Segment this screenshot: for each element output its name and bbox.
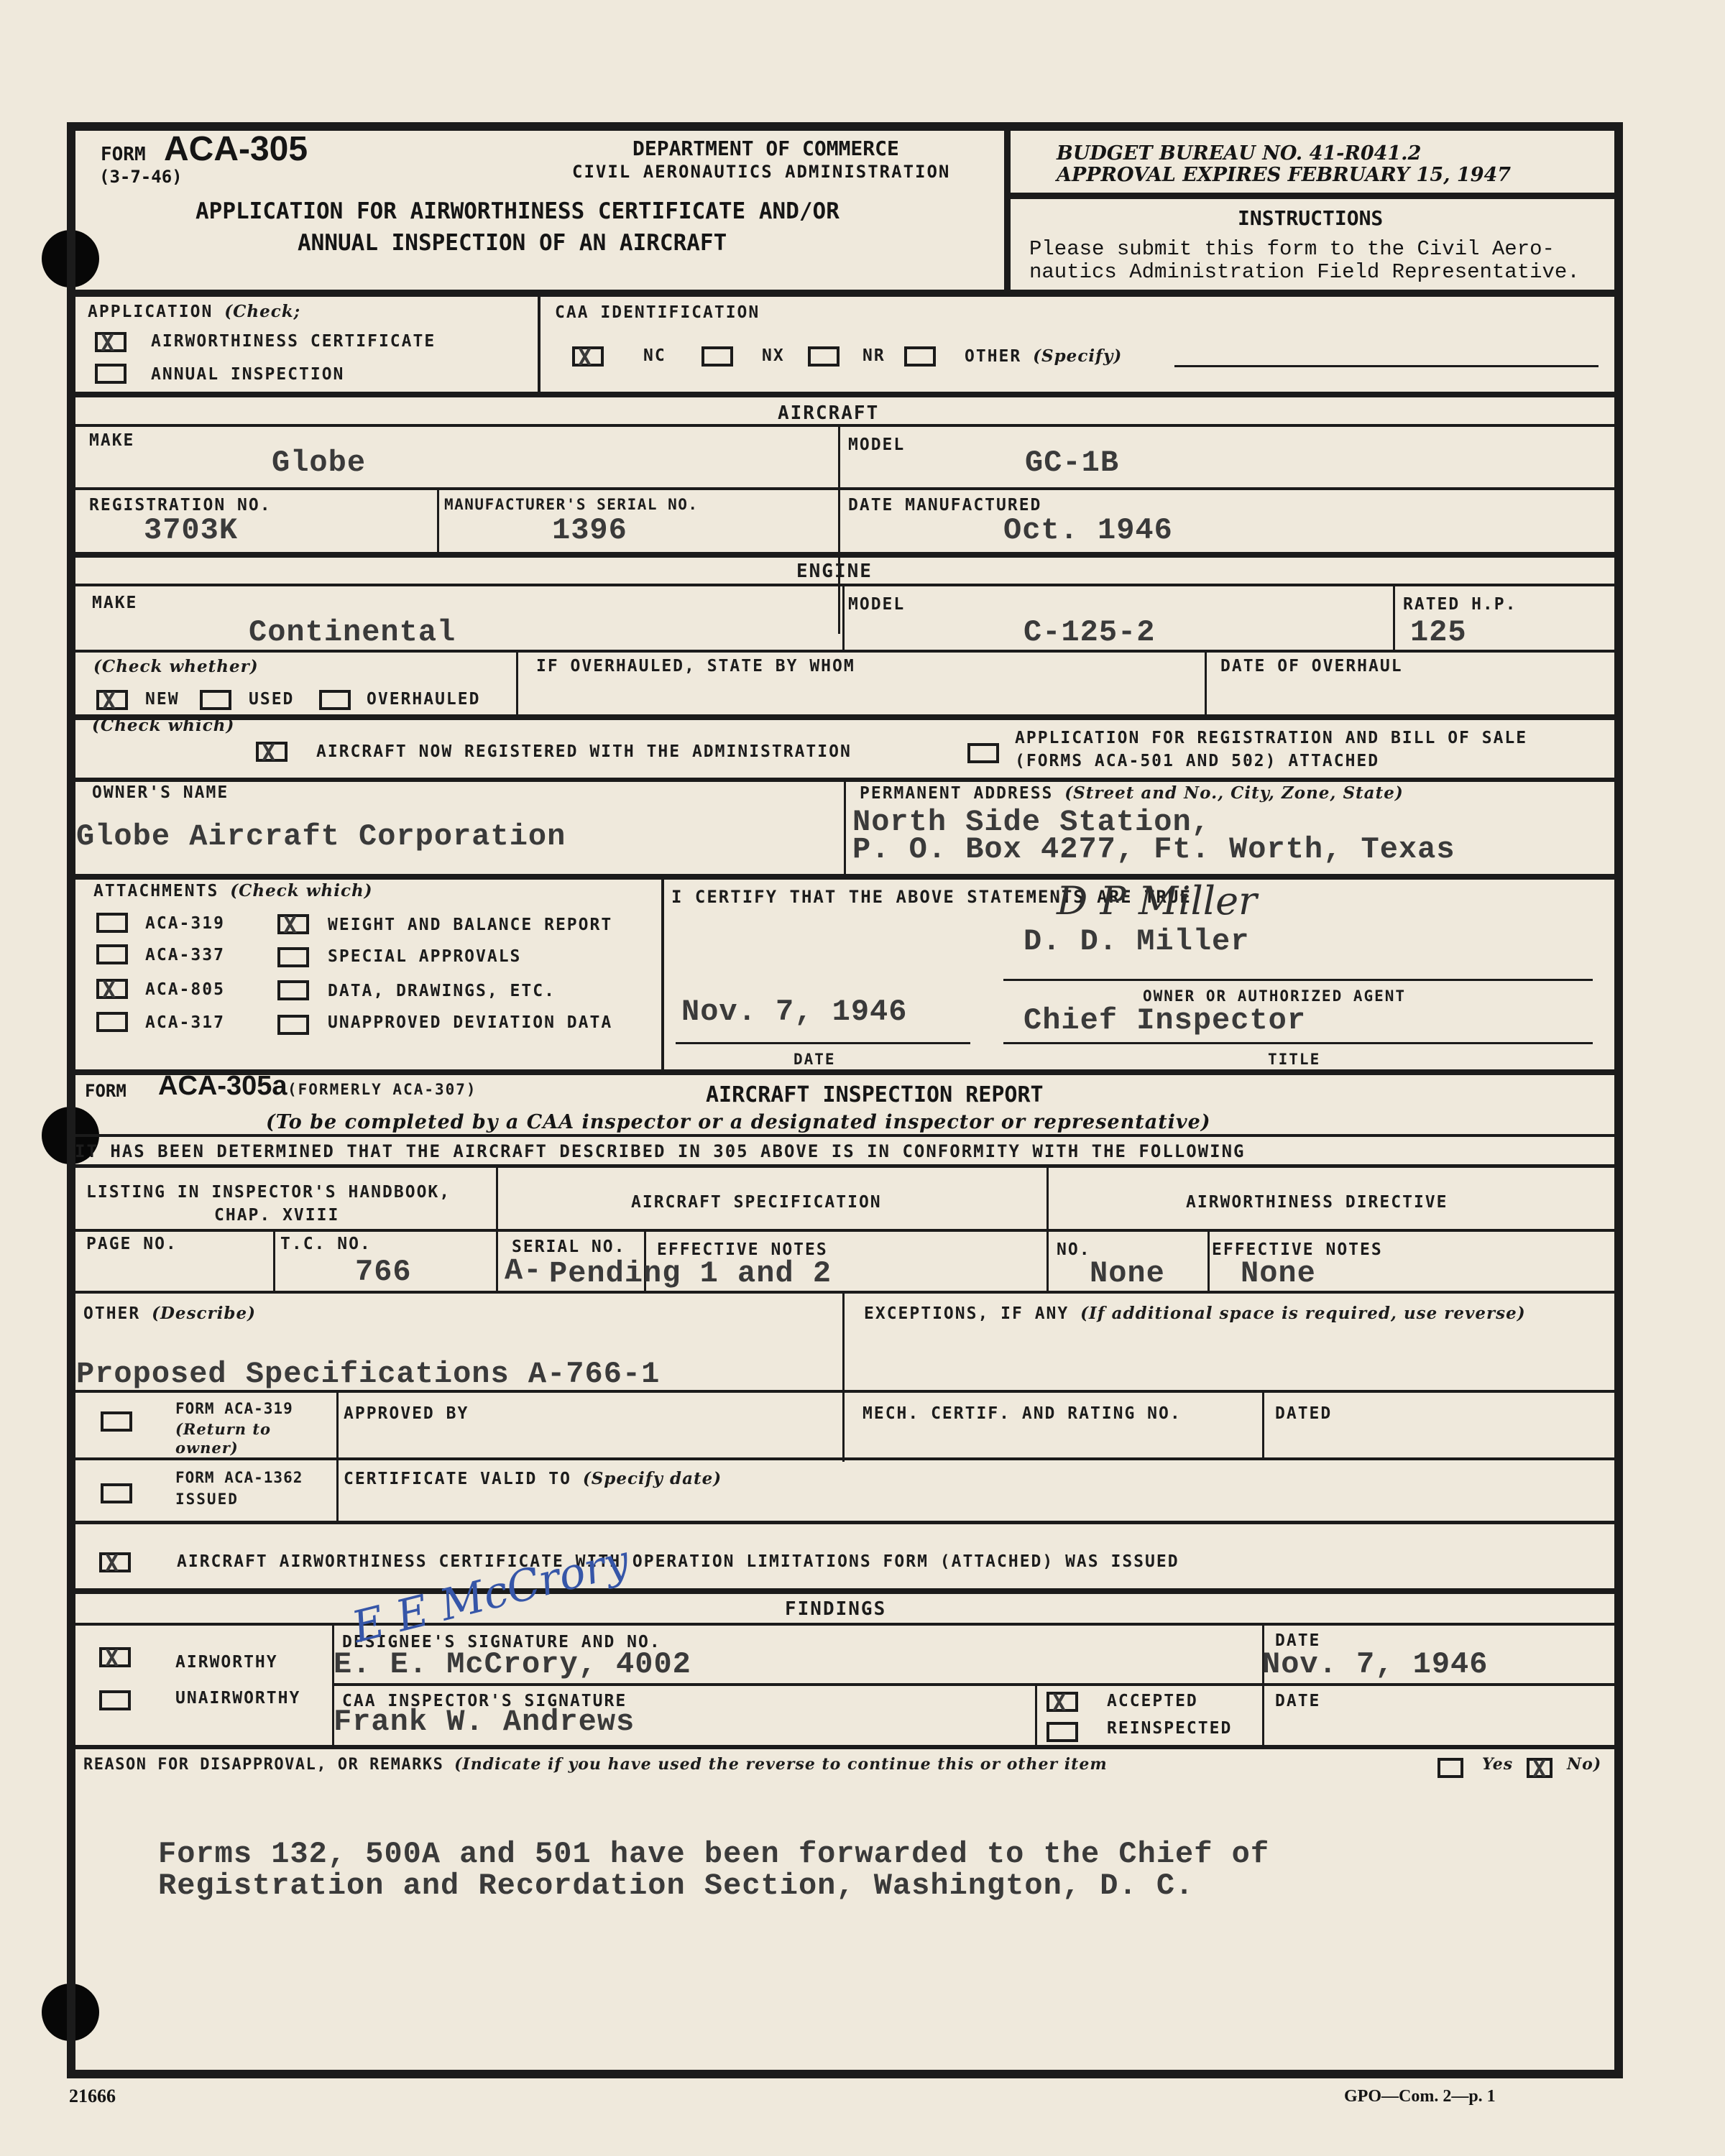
caa-nc-label: NC: [643, 346, 666, 365]
valid-to-label: CERTIFICATE VALID TO (Specify date): [344, 1469, 722, 1488]
aircraft-section-title: AIRCRAFT: [778, 402, 879, 424]
form319-checkbox[interactable]: [101, 1411, 132, 1432]
aircraft-registered-checkbox[interactable]: [256, 742, 287, 762]
form-number: ACA-305: [164, 129, 308, 169]
report-formerly: (FORMERLY ACA-307): [287, 1081, 477, 1098]
form-prefix: FORM: [101, 144, 146, 165]
overhaul-date-field[interactable]: [1215, 680, 1610, 711]
attachment-special-approvals-label: SPECIAL APPROVALS: [328, 947, 521, 966]
registration-value[interactable]: 3703K: [144, 513, 238, 548]
ad-no-label: NO.: [1057, 1240, 1091, 1259]
form319-line2: (Return to owner): [175, 1420, 326, 1457]
airworthy-checkbox[interactable]: [99, 1647, 131, 1667]
registration-application-line1: APPLICATION FOR REGISTRATION AND BILL OF…: [1015, 729, 1527, 747]
remarks-yes-label: Yes: [1482, 1755, 1513, 1774]
remarks-yes-checkbox[interactable]: [1437, 1758, 1463, 1778]
ad-no-value[interactable]: None: [1090, 1256, 1165, 1291]
page-no-label: PAGE NO.: [86, 1235, 178, 1253]
remarks-no-label: No): [1567, 1755, 1601, 1774]
tc-no-value[interactable]: 766: [355, 1255, 412, 1289]
engine-make-label: MAKE: [92, 594, 137, 612]
caa-other-checkbox[interactable]: [904, 346, 936, 367]
valid-to-field[interactable]: [342, 1491, 1614, 1518]
registration-application-checkbox[interactable]: [967, 743, 999, 763]
registration-check-which-label: (Check which): [92, 716, 234, 735]
engine-check-whether-label: (Check whether): [93, 657, 259, 676]
aircraft-spec-label: AIRCRAFT SPECIFICATION: [631, 1193, 882, 1212]
ad-notes-value[interactable]: None: [1241, 1256, 1316, 1291]
caa-nx-label: NX: [762, 346, 785, 365]
designee-date-value[interactable]: Nov. 7, 1946: [1262, 1647, 1488, 1682]
inspector-value[interactable]: Frank W. Andrews: [333, 1705, 635, 1739]
approval-expires: APPROVAL EXPIRES FEBRUARY 15, 1947: [1057, 164, 1511, 186]
agency: CIVIL AERONAUTICS ADMINISTRATION: [572, 162, 950, 182]
attachment-special-approvals-checkbox[interactable]: [277, 947, 309, 967]
remarks-line1[interactable]: Forms 132, 500A and 501 have been forwar…: [158, 1837, 1269, 1871]
attachment-aca337-checkbox[interactable]: [96, 944, 128, 964]
reinspected-checkbox[interactable]: [1046, 1722, 1078, 1742]
exceptions-label: EXCEPTIONS, IF ANY (If additional space …: [864, 1304, 1526, 1323]
op-limits-label: AIRCRAFT AIRWORTHINESS CERTIFICATE WITH …: [177, 1552, 1179, 1571]
instructions-line2: nautics Administration Field Representat…: [1029, 260, 1580, 284]
spec-serial-value[interactable]: A-: [505, 1253, 542, 1288]
unairworthy-label: UNAIRWORTHY: [175, 1689, 300, 1708]
certify-date-label: DATE: [793, 1051, 836, 1068]
form-title-line2: ANNUAL INSPECTION OF AN AIRCRAFT: [298, 230, 727, 256]
aircraft-model-label: MODEL: [848, 436, 905, 454]
engine-new-label: NEW: [145, 690, 180, 709]
mech-certif-label: MECH. CERTIF. AND RATING NO.: [862, 1404, 1182, 1423]
aircraft-make-value[interactable]: Globe: [272, 446, 366, 480]
tc-no-label: T.C. NO.: [280, 1235, 372, 1253]
handbook-label-line2: CHAP. XVIII: [214, 1206, 339, 1225]
engine-section-title: ENGINE: [796, 561, 873, 582]
caa-nx-checkbox[interactable]: [701, 346, 733, 367]
signer-name[interactable]: D. D. Miller: [1023, 924, 1249, 959]
engine-overhauled-checkbox[interactable]: [319, 690, 351, 710]
attachment-deviation-data-label: UNAPPROVED DEVIATION DATA: [328, 1013, 612, 1032]
report-subtitle: (To be completed by a CAA inspector or a…: [266, 1111, 1211, 1133]
engine-hp-value[interactable]: 125: [1410, 615, 1467, 650]
application-airworthiness-label: AIRWORTHINESS CERTIFICATE: [151, 332, 436, 351]
mech-certif-field[interactable]: [855, 1426, 1258, 1455]
attachment-aca319-checkbox[interactable]: [96, 913, 128, 933]
other-value[interactable]: Proposed Specifications A-766-1: [76, 1357, 660, 1391]
findings-title: FINDINGS: [785, 1598, 886, 1620]
caa-other-label: OTHER (Specify): [965, 346, 1122, 366]
accepted-checkbox[interactable]: [1046, 1692, 1078, 1712]
owner-name-value[interactable]: Globe Aircraft Corporation: [76, 819, 566, 854]
attachment-aca337-label: ACA-337: [145, 946, 225, 964]
approved-by-field[interactable]: [342, 1426, 838, 1455]
attachment-deviation-data-checkbox[interactable]: [277, 1015, 309, 1035]
conformity-statement: IT HAS BEEN DETERMINED THAT THE AIRCRAFT…: [75, 1141, 1245, 1161]
footer-form-code: 21666: [69, 2086, 116, 2107]
other-label: OTHER (Describe): [83, 1304, 256, 1323]
overhauled-by-field[interactable]: [532, 680, 1193, 711]
inspector-date-field[interactable]: [1269, 1713, 1614, 1742]
budget-bureau-no: BUDGET BUREAU NO. 41-R041.2: [1057, 142, 1421, 165]
overhauled-by-label: IF OVERHAULED, STATE BY WHOM: [536, 657, 855, 676]
aircraft-make-label: MAKE: [89, 431, 134, 450]
designee-value[interactable]: E. E. McCrory, 4002: [333, 1647, 691, 1682]
owner-name-label: OWNER'S NAME: [92, 783, 229, 802]
form1362-checkbox[interactable]: [101, 1483, 132, 1503]
instructions-line1: Please submit this form to the Civil Aer…: [1029, 237, 1555, 261]
instructions-title: INSTRUCTIONS: [1238, 206, 1383, 230]
remarks-label: REASON FOR DISAPPROVAL, OR REMARKS (Indi…: [83, 1755, 1108, 1774]
date-manufactured-value[interactable]: Oct. 1946: [1003, 513, 1173, 548]
title-label: TITLE: [1268, 1051, 1320, 1068]
report-form-prefix: FORM: [85, 1081, 126, 1101]
engine-model-value[interactable]: C-125-2: [1023, 615, 1155, 650]
engine-used-checkbox[interactable]: [200, 690, 231, 710]
form-revision-date: (3-7-46): [99, 167, 183, 187]
page-no-field[interactable]: [79, 1255, 266, 1288]
engine-make-value[interactable]: Continental: [249, 615, 456, 650]
handbook-label-line1: LISTING IN INSPECTOR'S HANDBOOK,: [86, 1183, 451, 1202]
caa-nr-label: NR: [862, 346, 885, 365]
application-annual-checkbox[interactable]: [95, 364, 126, 384]
caa-nr-checkbox[interactable]: [808, 346, 839, 367]
spec-notes-value[interactable]: Pending 1 and 2: [549, 1256, 832, 1291]
airworthy-label: AIRWORTHY: [175, 1653, 278, 1672]
application-label: APPLICATION (Check;: [88, 302, 300, 321]
attachment-weight-balance-checkbox[interactable]: [277, 914, 309, 934]
title-value[interactable]: Chief Inspector: [1023, 1003, 1306, 1038]
approved-by-label: APPROVED BY: [344, 1404, 469, 1423]
engine-new-checkbox[interactable]: [96, 690, 128, 710]
aircraft-registered-label: AIRCRAFT NOW REGISTERED WITH THE ADMINIS…: [316, 742, 852, 761]
owner-address-label: PERMANENT ADDRESS (Street and No., City,…: [860, 783, 1404, 803]
caa-other-specify-field[interactable]: [1174, 344, 1598, 367]
department: DEPARTMENT OF COMMERCE: [632, 137, 899, 160]
form-title-line1: APPLICATION FOR AIRWORTHINESS CERTIFICAT…: [195, 198, 839, 224]
engine-model-label: MODEL: [848, 595, 905, 614]
aircraft-model-value[interactable]: GC-1B: [1025, 446, 1119, 480]
form1362-line2: ISSUED: [175, 1491, 239, 1508]
attachment-aca805-label: ACA-805: [145, 980, 225, 999]
footer-gpo: GPO—Com. 2—p. 1: [1344, 2087, 1496, 2106]
engine-overhauled-label: OVERHAULED: [367, 690, 480, 709]
inspector-date-label: DATE: [1275, 1692, 1320, 1710]
registration-label: REGISTRATION NO.: [89, 496, 272, 515]
attachment-data-drawings-label: DATA, DRAWINGS, ETC.: [328, 982, 556, 1000]
application-annual-label: ANNUAL INSPECTION: [151, 365, 344, 384]
serial-value[interactable]: 1396: [552, 513, 627, 548]
attachment-aca319-label: ACA-319: [145, 914, 225, 933]
caa-identification-label: CAA IDENTIFICATION: [555, 303, 760, 322]
engine-used-label: USED: [249, 690, 294, 709]
form319-line1: FORM ACA-319: [175, 1400, 293, 1417]
caa-nc-checkbox[interactable]: [572, 346, 604, 367]
attachment-aca805-checkbox[interactable]: [96, 979, 128, 999]
attachments-label: ATTACHMENTS (Check which): [93, 881, 373, 900]
airworthiness-directive-label: AIRWORTHINESS DIRECTIVE: [1186, 1193, 1448, 1212]
report-form-number: ACA-305a: [158, 1071, 287, 1102]
overhaul-date-label: DATE OF OVERHAUL: [1220, 657, 1403, 676]
application-airworthiness-checkbox[interactable]: [95, 332, 126, 352]
reinspected-label: REINSPECTED: [1107, 1719, 1232, 1738]
unairworthy-checkbox[interactable]: [99, 1690, 131, 1710]
date-manufactured-label: DATE MANUFACTURED: [848, 496, 1041, 515]
owner-agent-label: OWNER OR AUTHORIZED AGENT: [1143, 987, 1406, 1005]
remarks-no-checkbox[interactable]: [1527, 1758, 1552, 1778]
engine-hp-label: RATED H.P.: [1403, 595, 1517, 614]
attachment-weight-balance-label: WEIGHT AND BALANCE REPORT: [328, 916, 612, 934]
exceptions-field[interactable]: [855, 1348, 1610, 1386]
attachment-aca317-checkbox[interactable]: [96, 1012, 128, 1032]
form1362-line1: FORM ACA-1362: [175, 1469, 303, 1486]
dated-label: DATED: [1275, 1404, 1332, 1423]
remarks-line2[interactable]: Registration and Recordation Section, Wa…: [158, 1869, 1194, 1903]
attachment-data-drawings-checkbox[interactable]: [277, 980, 309, 1000]
certify-date-value[interactable]: Nov. 7, 1946: [681, 995, 907, 1029]
serial-label: MANUFACTURER'S SERIAL NO.: [444, 496, 699, 513]
op-limits-checkbox[interactable]: [99, 1552, 131, 1572]
report-title: AIRCRAFT INSPECTION REPORT: [706, 1082, 1044, 1107]
dated-field[interactable]: [1269, 1426, 1614, 1455]
accepted-label: ACCEPTED: [1107, 1692, 1198, 1710]
owner-address-line2[interactable]: P. O. Box 4277, Ft. Worth, Texas: [852, 832, 1455, 867]
attachment-aca317-label: ACA-317: [145, 1013, 225, 1032]
owner-signature: D P Miller: [1057, 878, 1257, 923]
registration-application-line2: (FORMS ACA-501 AND 502) ATTACHED: [1015, 752, 1379, 770]
